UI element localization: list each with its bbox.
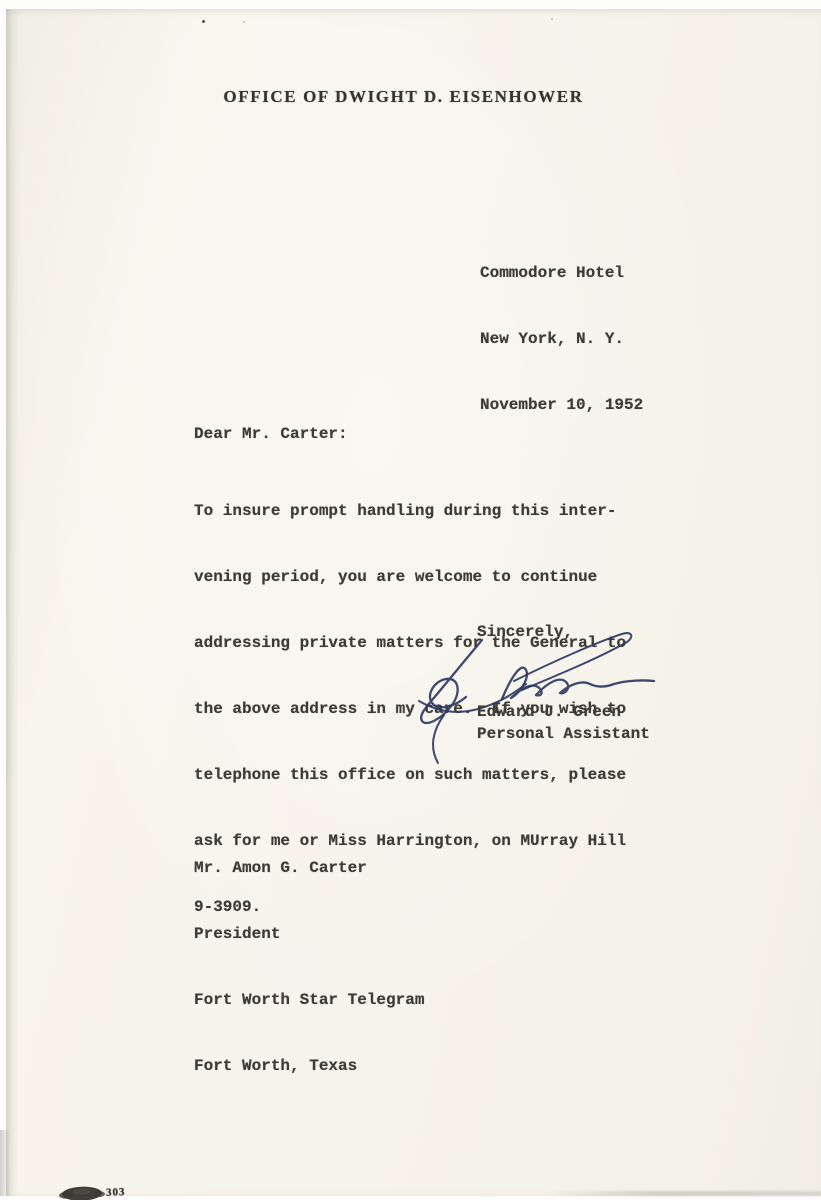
scanned-letter: OFFICE OF DWIGHT D. EISENHOWER Commodore… — [0, 0, 821, 1200]
recipient-address-block: Mr. Amon G. Carter President Fort Worth … — [194, 813, 424, 1121]
body-line: To insure prompt handling during this in… — [194, 500, 626, 522]
dateline-hotel: Commodore Hotel — [480, 262, 643, 284]
dateline-block: Commodore Hotel New York, N. Y. November… — [480, 218, 643, 460]
paper-speck — [243, 21, 245, 23]
signer-name: Edward J. Green — [477, 701, 621, 723]
letter-paper: OFFICE OF DWIGHT D. EISENHOWER Commodore… — [6, 9, 821, 1196]
signer-title: Personal Assistant — [477, 723, 650, 745]
recipient-org: Fort Worth Star Telegram — [194, 989, 424, 1011]
recipient-title: President — [194, 923, 424, 945]
dateline-city: New York, N. Y. — [480, 328, 643, 350]
scan-edge-shadow — [0, 1130, 10, 1196]
body-line: telephone this office on such matters, p… — [194, 764, 626, 786]
paper-speck — [202, 20, 205, 23]
dateline-date: November 10, 1952 — [480, 394, 643, 416]
paper-speck — [551, 18, 553, 20]
salutation: Dear Mr. Carter: — [194, 423, 348, 445]
recipient-name: Mr. Amon G. Carter — [194, 857, 424, 879]
recipient-city: Fort Worth, Texas — [194, 1055, 424, 1077]
letterhead-title: OFFICE OF DWIGHT D. EISENHOWER — [6, 87, 801, 107]
ink-smudge-icon — [58, 1183, 107, 1200]
archive-stamp-mark: 303 — [58, 1181, 147, 1200]
scan-edge-shadow — [548, 1191, 821, 1196]
body-line: vening period, you are welcome to contin… — [194, 566, 626, 588]
stamp-number: 303 — [106, 1186, 126, 1199]
